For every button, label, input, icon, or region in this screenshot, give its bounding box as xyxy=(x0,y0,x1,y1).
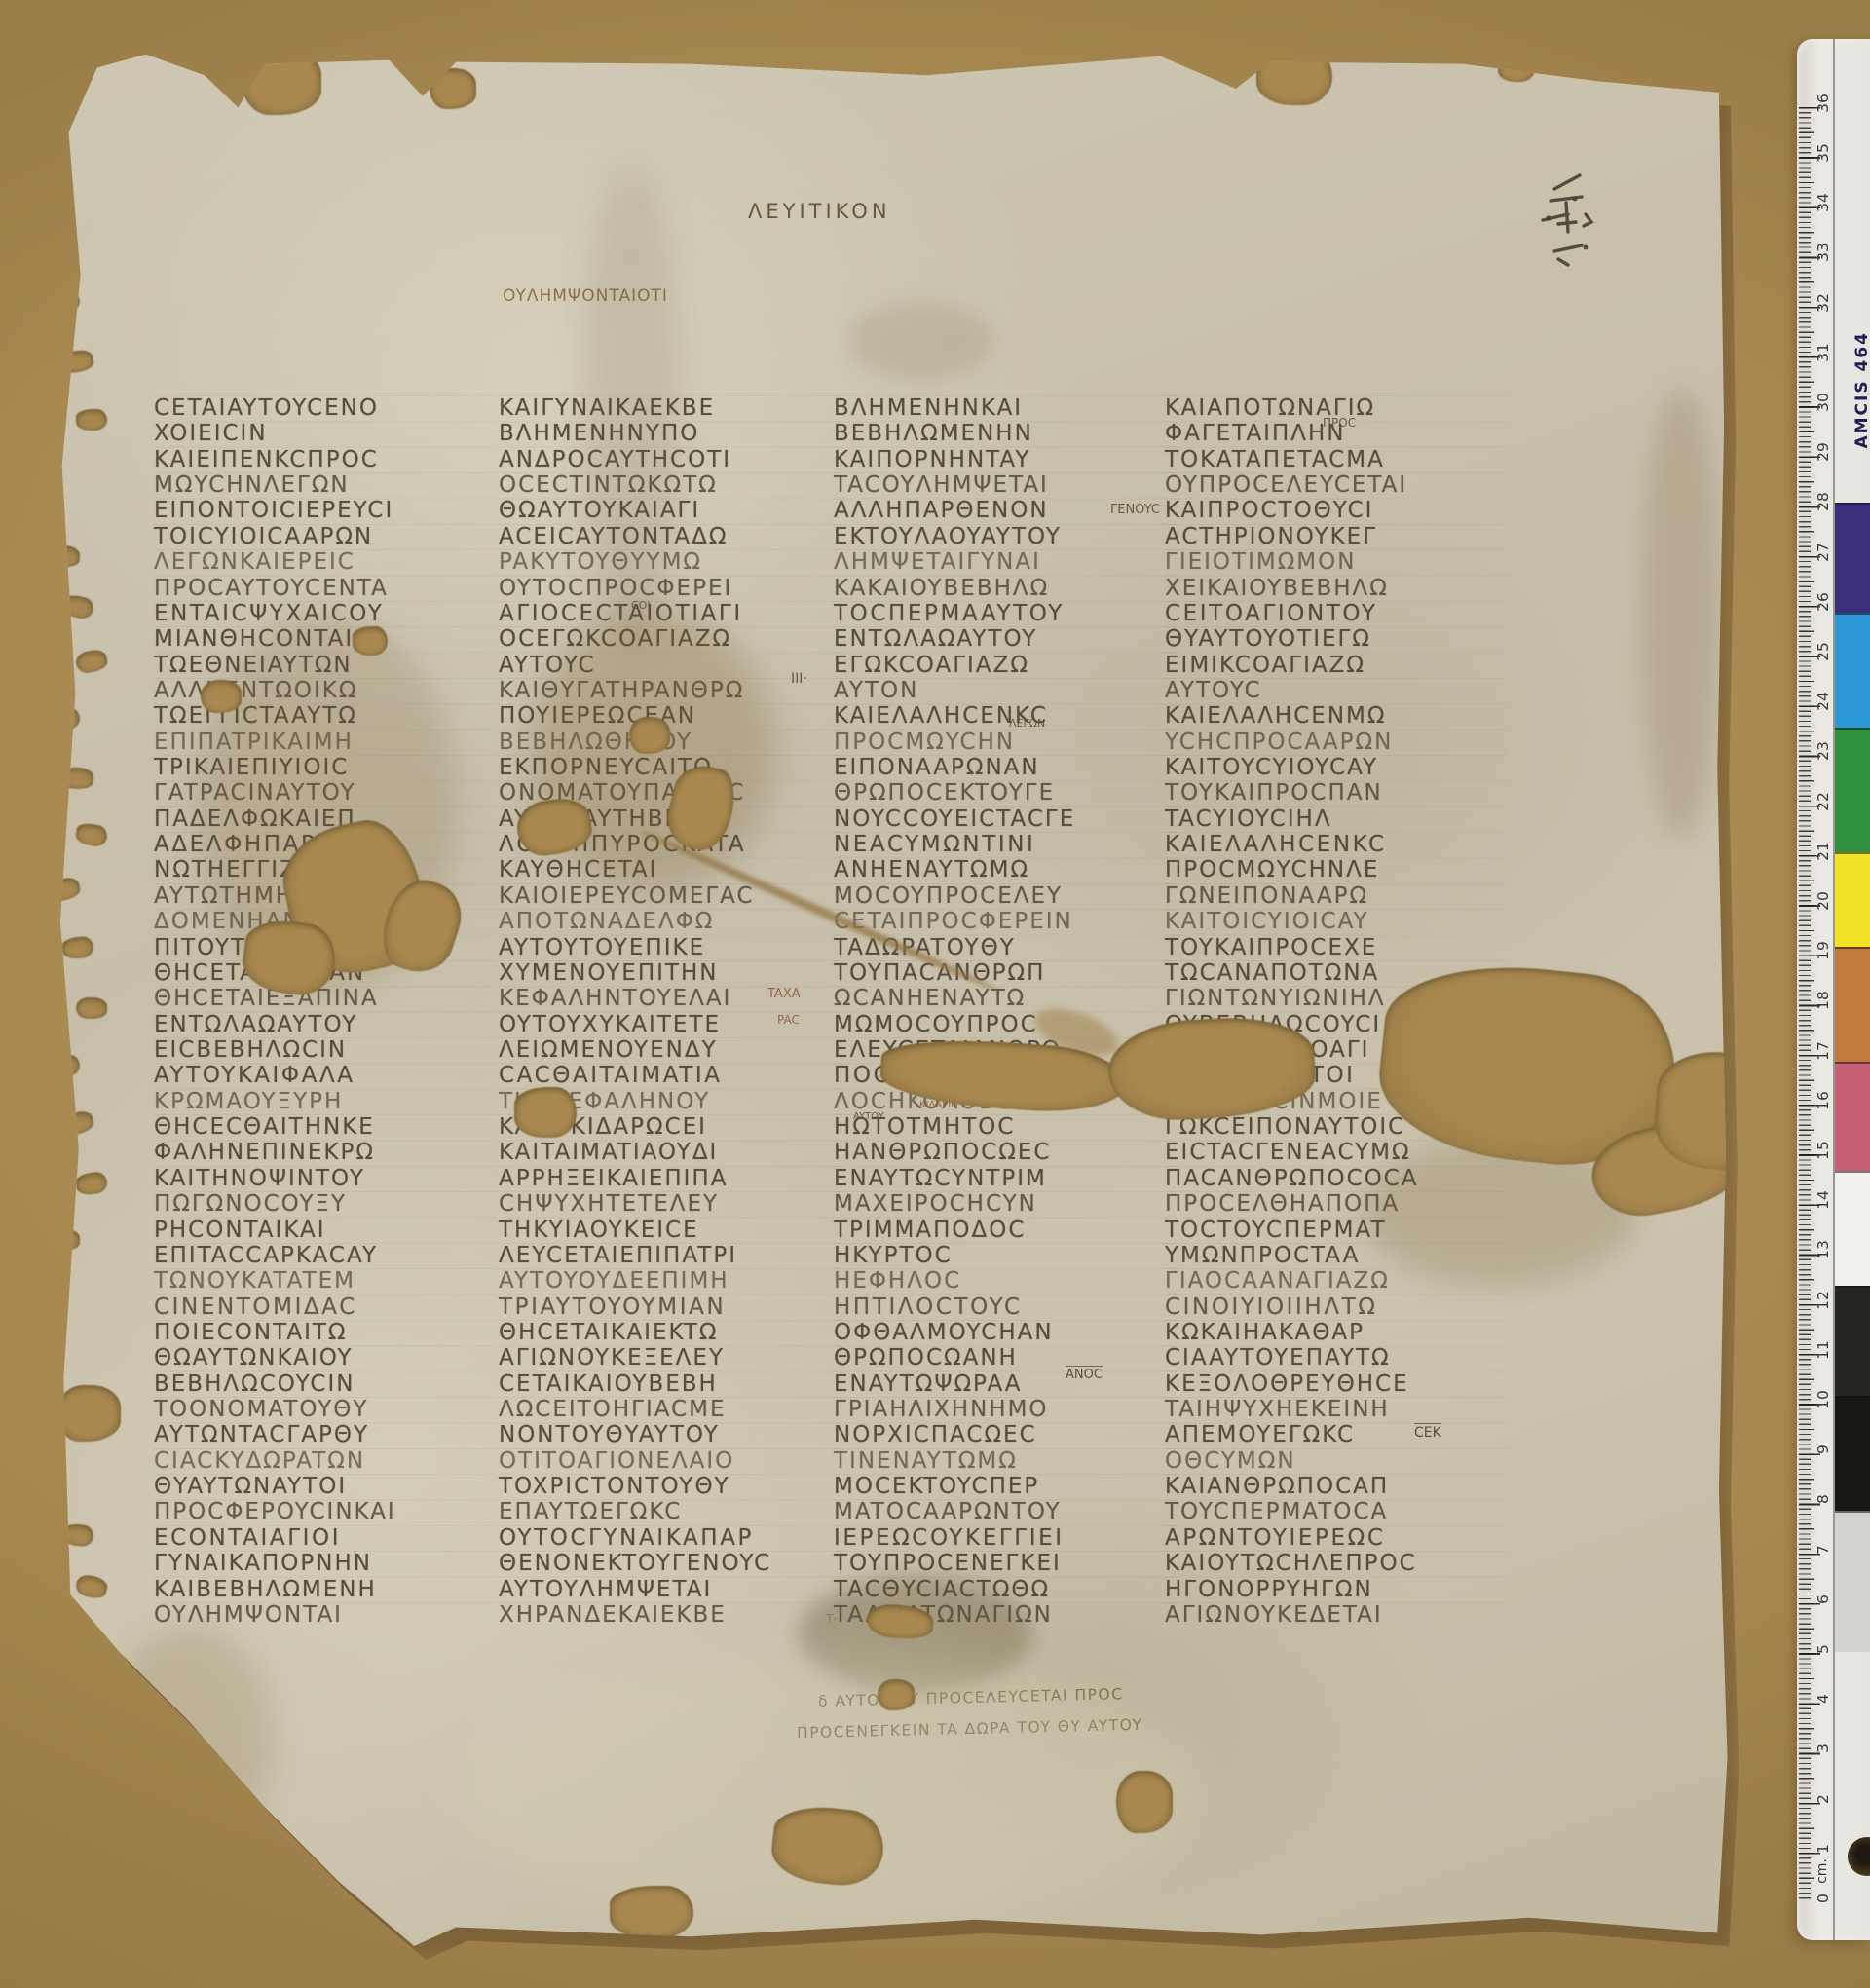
manuscript-line: NOPXICΠACΩEC xyxy=(834,1422,1177,1447)
ruler-number: 12 xyxy=(1814,1290,1832,1311)
manuscript-line: ΠΩΓΩNOCOYΞY xyxy=(154,1191,497,1217)
manuscript-line: MΩMOCOYΠPOC xyxy=(834,1012,1177,1037)
manuscript-line: TACOYΛHMΨETAI xyxy=(834,472,1177,498)
calibration-patch-green xyxy=(1835,728,1870,854)
marginal-gloss: AYTOY xyxy=(853,1111,884,1122)
parchment-hole xyxy=(48,707,80,731)
manuscript-line: TOYKAIΠPOCEXE xyxy=(1165,935,1508,960)
ruler-shelfmark-label: AMCIS 464 xyxy=(1852,331,1870,449)
manuscript-line: TOXPICTONTOYΘY xyxy=(499,1474,841,1499)
manuscript-line: ΘHCETAIKAIEKTΩ xyxy=(499,1320,841,1345)
parchment-hole xyxy=(1256,47,1332,105)
text-column-2: KAIΓYNAIKAEKBEBΛHMENHNYΠOANΔPOCAYTHCOTIO… xyxy=(499,395,841,1628)
parchment-stain xyxy=(107,1627,273,1851)
manuscript-line: TPIAYTOYOYMIAN xyxy=(499,1294,841,1320)
manuscript-line: CETAIΠPOCΦEPEIN xyxy=(834,909,1177,934)
manuscript-line: KAIEΛAΛHCENKC xyxy=(834,703,1177,729)
manuscript-line: ΛHMΨETAIΓYNAI xyxy=(834,549,1177,575)
manuscript-line: AYTOYΛHMΨETAI xyxy=(499,1577,841,1602)
manuscript-line: KAIOYTΩCHΛEΠPOC xyxy=(1165,1551,1508,1576)
manuscript-line: TAIHΨYXHEKEINH xyxy=(1165,1397,1508,1422)
marginal-gloss: III· xyxy=(791,671,807,687)
photograph-scene: ΛEYITIKON OYΛHMΨONTAIOTI CETAIAYTOYCENOX… xyxy=(0,0,1870,1988)
parchment-hole xyxy=(74,821,109,848)
ruler-number: 28 xyxy=(1814,491,1832,512)
manuscript-line: ΓΩNEIΠONAAPΩ xyxy=(1165,883,1508,909)
manuscript-line: HΠTIΛOCTOYC xyxy=(834,1294,1177,1320)
manuscript-line: BEBHΛΩCOYCIN xyxy=(154,1371,497,1397)
manuscript-line: NEACYMΩNTINI xyxy=(834,832,1177,857)
manuscript-line: ΛΩCEITOHΓIACME xyxy=(499,1397,841,1422)
manuscript-line: ΘENONEKTOYΓENOYC xyxy=(499,1551,841,1576)
manuscript-line: TINENAYTΩMΩ xyxy=(834,1448,1177,1474)
manuscript-line: HKYPTOC xyxy=(834,1243,1177,1268)
manuscript-line: CETAIKAIOYBEBH xyxy=(499,1371,841,1397)
manuscript-line: TACYIOYCIHΛ xyxy=(1165,806,1508,832)
manuscript-line: CETAIAYTOYCENO xyxy=(154,395,497,421)
manuscript-line: XHPANΔEKAIEKBE xyxy=(499,1602,841,1628)
manuscript-line: TOICYIOICAAPΩN xyxy=(154,524,497,549)
marginal-gloss: ΠPOC xyxy=(1323,416,1356,430)
manuscript-line: ACTHPIONOYKEΓ xyxy=(1165,524,1508,549)
ruler-number: 2 xyxy=(1814,1788,1832,1810)
manuscript-line: KAIBEBHΛΩMENH xyxy=(154,1577,497,1602)
manuscript-line: KAIEIΠENKCΠPOC xyxy=(154,447,497,472)
manuscript-line: YCHCΠPOCAAPΩN xyxy=(1165,730,1508,755)
parchment-stain xyxy=(847,302,993,380)
ruler-number: 9 xyxy=(1814,1439,1832,1460)
manuscript-line: MATOCAAPΩNTOY xyxy=(834,1499,1177,1524)
manuscript-line: TOYCΠEPMATOCA xyxy=(1165,1499,1508,1524)
parchment-hole xyxy=(242,49,321,115)
manuscript-line: CINENTOMIΔAC xyxy=(154,1294,497,1320)
ruler-number: 30 xyxy=(1814,392,1832,413)
manuscript-line: MΩYCHNΛEΓΩN xyxy=(154,472,497,498)
ruler-number: 33 xyxy=(1814,242,1832,263)
manuscript-line: EΠITACCAPKACAY xyxy=(154,1243,497,1268)
manuscript-line: ΓIEIOTIMΩMON xyxy=(1165,549,1508,575)
ruler-number: 8 xyxy=(1814,1488,1832,1510)
manuscript-line: ΠPOCMΩYCHN xyxy=(834,730,1177,755)
manuscript-line: MAXEIPOCHCYN xyxy=(834,1191,1177,1217)
ruler-hole xyxy=(1848,1837,1870,1876)
manuscript-line: TPIMMAΠOΔOC xyxy=(834,1218,1177,1243)
parchment-hole xyxy=(514,1087,577,1138)
ruler-number: 0 xyxy=(1814,1888,1832,1909)
manuscript-line: ΘΩAYTΩNKAIOY xyxy=(154,1345,497,1370)
manuscript-line: ΩCANHENAYTΩ xyxy=(834,986,1177,1011)
manuscript-line: AYTOYKAIΦAΛA xyxy=(154,1063,497,1088)
ruler-number: 5 xyxy=(1814,1638,1832,1660)
text-column-3: BΛHMENHNKAIBEBHΛΩMENHNKAIΠOPNHNTAYTACOYΛ… xyxy=(834,395,1177,1628)
calibration-patch-yellow xyxy=(1835,852,1870,949)
ruler-number: 35 xyxy=(1814,142,1832,164)
manuscript-line: KPΩMAOYΞYPH xyxy=(154,1089,497,1114)
manuscript-line: ANHENAYTΩMΩ xyxy=(834,857,1177,882)
manuscript-line: ΘHCECΘAITHNKE xyxy=(154,1114,497,1140)
parchment-hole xyxy=(610,1886,693,1938)
manuscript-line: IEPEΩCOYKEΓΓIEI xyxy=(834,1525,1177,1551)
parchment-hole xyxy=(353,626,388,656)
parchment-stain xyxy=(582,166,680,653)
manuscript-line: AYTON xyxy=(834,678,1177,703)
manuscript-line: CIAAYTOYEΠAYTΩ xyxy=(1165,1345,1508,1370)
manuscript-line: THKYIAOYKEICE xyxy=(499,1218,841,1243)
manuscript-line: EΠAYTΩEΓΩKC xyxy=(499,1499,841,1524)
parchment-hole xyxy=(47,288,83,318)
manuscript-line: KAKAIOYBEBHΛΩ xyxy=(834,576,1177,601)
manuscript-line: EIΠONAAPΩNAN xyxy=(834,755,1177,780)
manuscript-line: BEBHΛΩMENHN xyxy=(834,421,1177,446)
marginal-gloss: PAC xyxy=(777,1013,800,1027)
manuscript-line: MOCOYΠPOCEΛEY xyxy=(834,883,1177,909)
ruler-number: 22 xyxy=(1814,791,1832,812)
parchment-hole xyxy=(878,1679,915,1710)
manuscript-line: OYTOCΓYNAIKAΠAP xyxy=(499,1525,841,1551)
ruler-number: 32 xyxy=(1814,292,1832,314)
manuscript-line: KAIΠPOCTOΘYCI xyxy=(1165,498,1508,523)
manuscript-line: AYTOYC xyxy=(1165,678,1508,703)
parchment-hole xyxy=(1498,55,1535,82)
parchment-hole xyxy=(74,648,108,674)
marginal-gloss: CEK xyxy=(1414,1423,1441,1441)
manuscript-line: OTITOAΓIONEΛAIO xyxy=(499,1448,841,1474)
manuscript-line: HEΦHΛOC xyxy=(834,1268,1177,1294)
manuscript-leaf: ΛEYITIKON OYΛHMΨONTAIOTI CETAIAYTOYCENOX… xyxy=(54,47,1731,1948)
manuscript-line: HΓONOPPYHΓΩN xyxy=(1165,1577,1508,1602)
manuscript-line: KAIΠOPNHNTAY xyxy=(834,447,1177,472)
parchment-hole xyxy=(75,1171,108,1196)
manuscript-line: AΠOTΩNAΔEΛΦΩ xyxy=(499,909,841,934)
manuscript-line: ΛEΓΩNKAIEPEIC xyxy=(154,549,497,575)
parchment-hole xyxy=(48,544,81,568)
parchment-hole xyxy=(430,68,476,109)
ruler-number: 13 xyxy=(1814,1239,1832,1260)
parchment-hole xyxy=(629,717,670,754)
manuscript-line: NONTOYΘYAYTOY xyxy=(499,1422,841,1447)
parchment-hole xyxy=(74,1572,109,1600)
manuscript-line: XOIEICIN xyxy=(154,421,497,446)
parchment-hole xyxy=(60,593,95,621)
manuscript-line: ΠOIECONTAITΩ xyxy=(154,1320,497,1345)
manuscript-line: APΩNTOYIEPEΩC xyxy=(1165,1525,1508,1551)
manuscript-line: ΘYAYTΩNAYTOI xyxy=(154,1474,497,1499)
manuscript-line: KEΞOΛOΘPEYΘHCE xyxy=(1165,1371,1508,1397)
manuscript-line: TOYΠPOCENEΓKEI xyxy=(834,1551,1177,1576)
parchment-hole xyxy=(56,1385,121,1442)
manuscript-line: KΩKAIHAKAΘAP xyxy=(1165,1320,1508,1345)
parchment-hole xyxy=(76,996,108,1019)
manuscript-line: ΘYAYTOYOTIEΓΩ xyxy=(1165,626,1508,652)
manuscript-line: AYTOYTOYEΠIKE xyxy=(499,935,841,960)
ruler-number: 7 xyxy=(1814,1539,1832,1560)
quire-mark xyxy=(1529,164,1605,279)
manuscript-line: TOCΠEPMAAYTOY xyxy=(834,601,1177,626)
manuscript-line: ΘPΩΠOCΩANH xyxy=(834,1345,1177,1370)
ruler-number: 34 xyxy=(1814,192,1832,213)
manuscript-line: ENTΩΛAΩAYTOY xyxy=(154,1012,497,1037)
ruler-number: 29 xyxy=(1814,441,1832,463)
ruler-number: 27 xyxy=(1814,542,1832,563)
manuscript-line: CIACKYΔΩPATΩN xyxy=(154,1448,497,1474)
parchment-hole xyxy=(47,1052,81,1078)
ruler-number: 11 xyxy=(1814,1339,1832,1361)
manuscript-line: XEIKAIOYBEBHΛΩ xyxy=(1165,576,1508,601)
ruler-number: 3 xyxy=(1814,1738,1832,1759)
manuscript-line: ΓPIAHΛIXHNHMO xyxy=(834,1397,1177,1422)
ruler-number: 21 xyxy=(1814,841,1832,862)
manuscript-line: MOCEKTOYCΠEP xyxy=(834,1474,1177,1499)
manuscript-line: OΘCYMΩN xyxy=(1165,1448,1508,1474)
manuscript-line: TOKATAΠETACMA xyxy=(1165,447,1508,472)
manuscript-line: OYΛHMΨONTAI xyxy=(154,1602,497,1628)
manuscript-line: OYΠPOCEΛEYCETAI xyxy=(1165,472,1508,498)
manuscript-line: KAITAIMATIAOYΔI xyxy=(499,1140,841,1165)
manuscript-line: EIMIKCOAΓIAZΩ xyxy=(1165,653,1508,678)
calibration-patch-indigo xyxy=(1835,503,1870,615)
marginal-gloss: TAXA xyxy=(767,987,801,1001)
manuscript-line: ΘPΩΠOCEKTOYΓE xyxy=(834,780,1177,806)
manuscript-line: KAITHNOΨINTOY xyxy=(154,1166,497,1191)
manuscript-line: CACΘAITAIMATIA xyxy=(499,1063,841,1088)
ruler-number: 1 xyxy=(1814,1838,1832,1859)
manuscript-line: EKTOYΛAOYAYTOY xyxy=(834,524,1177,549)
ruler-number: 31 xyxy=(1814,342,1832,363)
manuscript-line: CEITOAΓIONTOY xyxy=(1165,601,1508,626)
manuscript-line: ΦAΛHNEΠINEKPΩ xyxy=(154,1140,497,1165)
manuscript-line: EICBEBHΛΩCIN xyxy=(154,1037,497,1063)
ruler-number: 24 xyxy=(1814,691,1832,712)
ruler-number: 25 xyxy=(1814,641,1832,662)
parchment-stain xyxy=(458,1656,1198,1929)
parchment-hole xyxy=(76,409,107,431)
manuscript-line: KAIEΛAΛHCENMΩ xyxy=(1165,703,1508,729)
manuscript-line: TΩNOYKATATEM xyxy=(154,1268,497,1294)
ruler-number: 18 xyxy=(1814,990,1832,1011)
parchment-hole xyxy=(49,1229,80,1251)
running-title: ΛEYITIKON xyxy=(748,200,891,223)
manuscript-line: ENTΩΛAΩAYTOY xyxy=(834,626,1177,652)
manuscript-line: TOONOMATOYΘY xyxy=(154,1397,497,1422)
calibration-patch-rose xyxy=(1835,1062,1870,1174)
manuscript-line: ENAYTΩCYNTPIM xyxy=(834,1166,1177,1191)
marginal-gloss: ΓENOYC xyxy=(1110,503,1160,517)
ruler-number: 20 xyxy=(1814,890,1832,912)
manuscript-line: ΛEYCETAIEΠIΠATPI xyxy=(499,1243,841,1268)
parchment-hole xyxy=(61,767,93,790)
parchment-hole xyxy=(61,349,95,374)
manuscript-line: AYTΩNTACΓAPΘY xyxy=(154,1422,497,1447)
parchment-stain xyxy=(1642,390,1720,838)
manuscript-line: TOYKAIΠPOCΠAN xyxy=(1165,780,1508,806)
marginal-gloss: ANOC xyxy=(1066,1366,1103,1382)
ruler-number: 19 xyxy=(1814,940,1832,961)
parchment-hole xyxy=(1116,1771,1173,1833)
calibration-patch-black xyxy=(1835,1396,1870,1513)
manuscript-line: KAITOICYIOICAY xyxy=(1165,909,1508,934)
calibration-patch-orange xyxy=(1835,947,1870,1064)
ruler-number: 10 xyxy=(1814,1389,1832,1410)
manuscript-line: ΛEIΩMENOYENΔY xyxy=(499,1037,841,1063)
calibration-patch-light-gray xyxy=(1835,1511,1870,1652)
parchment-hole xyxy=(61,1522,94,1548)
manuscript-line: PHCONTAIKAI xyxy=(154,1218,497,1243)
manuscript-line: ΠPOCMΩYCHNΛE xyxy=(1165,857,1508,882)
manuscript-line: OYTOCΠPOCΦEPEI xyxy=(499,576,841,601)
manuscript-line: CINOIYIOIIHΛTΩ xyxy=(1165,1294,1508,1320)
manuscript-line: ECONTAIAΓIOI xyxy=(154,1525,497,1551)
manuscript-line: EΓΩKCOAΓIAZΩ xyxy=(834,653,1177,678)
parchment-hole xyxy=(60,1108,95,1137)
ruler-number: 26 xyxy=(1814,591,1832,613)
manuscript-line: ENAYTΩΨΩPAA xyxy=(834,1371,1177,1397)
manuscript-line: AΠEMOYEΓΩKC xyxy=(1165,1422,1508,1447)
ruler-number: 14 xyxy=(1814,1189,1832,1211)
manuscript-line: BΛHMENHNKAI xyxy=(834,395,1177,421)
ruler-number: 16 xyxy=(1814,1090,1832,1111)
manuscript-line: ΠPOCAYTOYCENTA xyxy=(154,576,497,601)
manuscript-line: TOYΠACANΘPΩΠ xyxy=(834,960,1177,986)
calibration-patch-white xyxy=(1835,1171,1870,1288)
manuscript-line: OΦΘAΛMOYCHAN xyxy=(834,1320,1177,1345)
manuscript-line: HANΘPΩΠOCΩEC xyxy=(834,1140,1177,1165)
manuscript-line: KAIANΘPΩΠOCAΠ xyxy=(1165,1474,1508,1499)
ruler-number: 23 xyxy=(1814,740,1832,762)
manuscript-line: EIΠONTOICIEPEYCI xyxy=(154,498,497,523)
manuscript-line: AΓIΩNOYKEΞEΛEY xyxy=(499,1345,841,1370)
text-column-1: CETAIAYTOYCENOXOIEICINKAIEIΠENKCΠPOCMΩYC… xyxy=(154,395,497,1628)
ruler-unit-label: cm. xyxy=(1814,1858,1830,1884)
ruler-number: 6 xyxy=(1814,1589,1832,1610)
ruler-number: 17 xyxy=(1814,1040,1832,1062)
ruler-number: 15 xyxy=(1814,1140,1832,1161)
ruler: 0123456789101112131415161718192021222324… xyxy=(1797,39,1870,1940)
manuscript-line: XYMENOYEΠITHN xyxy=(499,960,841,986)
manuscript-line: AYTOYOYΔEEΠIMH xyxy=(499,1268,841,1294)
marginal-gloss: ΛEΓΩN xyxy=(1009,717,1045,730)
ruler-number: 4 xyxy=(1814,1688,1832,1709)
manuscript-line: AΓIΩNOYKEΔETAI xyxy=(1165,1602,1508,1628)
parchment-hole xyxy=(61,936,94,960)
ruler-number: 36 xyxy=(1814,93,1832,114)
parchment-hole xyxy=(201,680,242,713)
parchment-hole xyxy=(47,876,82,903)
manuscript-line: HΩTOTMHTOC xyxy=(834,1114,1177,1140)
manuscript-line: ΓYNAIKAΠOPNHN xyxy=(154,1551,497,1576)
manuscript-line: KAITOYCYIOYCAY xyxy=(1165,755,1508,780)
manuscript-line: ΠPOCΦEPOYCINKAI xyxy=(154,1499,497,1524)
parchment-hole xyxy=(1652,1048,1776,1173)
manuscript-line: CHΨYXHTETEΛEY xyxy=(499,1191,841,1217)
calibration-patch-blue xyxy=(1835,613,1870,730)
manuscript-line: NOYCCOYEICTACΓE xyxy=(834,806,1177,832)
manuscript-line: APPHΞEIKAIEΠIΠA xyxy=(499,1166,841,1191)
manuscript-line: KAIEΛAΛHCENKC xyxy=(1165,832,1508,857)
calibration-patch-dark-gray xyxy=(1835,1286,1870,1398)
